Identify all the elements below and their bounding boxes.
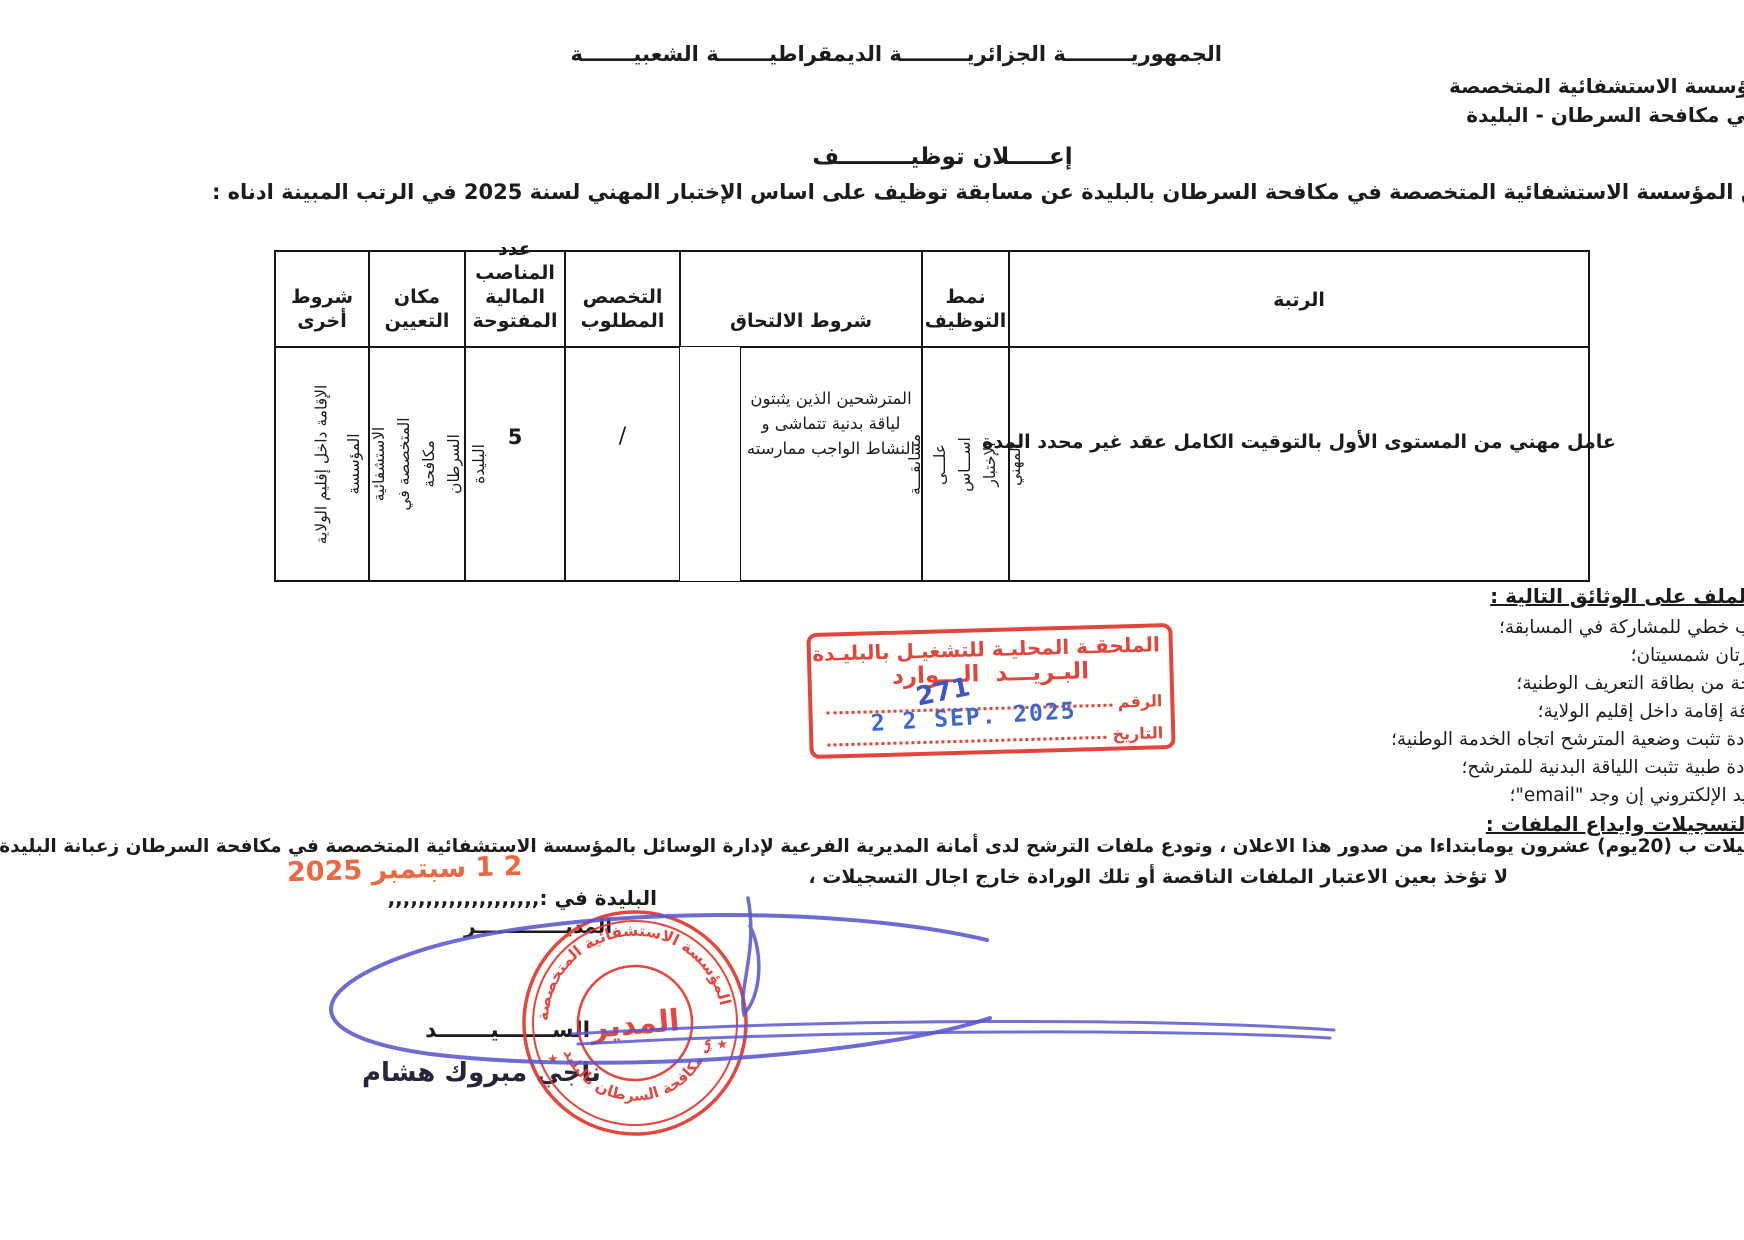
director-signature-ink [80,868,1180,1148]
dotted-line [635,736,914,747]
announcement-title: إعـــــلان توظيـــــــــف [598,144,903,170]
announcement-intro: تعلن المؤسسة الاستشفائية المتخصصة في مكا… [20,180,1596,204]
republic-title: الجمهوريـــــــــة الجزائريـــــــــة ال… [455,42,1030,66]
cell-rank: عامل مهني من المستوى الأول بالتوقيت الكا… [817,347,1397,581]
col-header-rank: الرتبة [817,251,1397,347]
document-item: صورتان شمسيتان؛ [950,642,1710,670]
col-header-location: مكان التعيين [177,251,273,347]
specialty-value: / [427,424,434,449]
deadline-paragraph-line2: لا تؤخذ بعين الاعتبار الملفات الناقصة أو… [616,866,1316,888]
stamp-center-text: المدير [395,1003,489,1046]
cell-location: المؤسسة الاستشفائية المتخصصة في مكافحة ا… [177,347,273,581]
stamp-number-label: الرقم [926,691,971,711]
incoming-mail-stamp: الملحقـة المحليـة للتشغيـل بالبليـدة الب… [614,623,983,759]
document-item: نسخة من بطاقة التعريف الوطنية؛ [950,670,1710,698]
other-conditions-value: الإقامة داخل إقليم الولاية [117,384,142,544]
stamp-star-right: ★ [524,1037,537,1053]
institution-name: المؤسسة الاستشفائية المتخصصة [1240,72,1602,101]
document-item: طلب خطي للمشاركة في المسابقة؛ [950,614,1710,642]
rank-value: عامل مهني من المستوى الأول بالتوقيت الكا… [790,431,1424,498]
required-documents-section: يجب ان يحتوي الملف على الوثائق التالية :… [950,584,1710,836]
cell-specialty: / [373,347,488,581]
scanned-document-page: الجمهوريـــــــــة الجزائريـــــــــة ال… [0,0,1744,1240]
col-header-join: شروط الالتحاق [488,251,730,347]
location-value: المؤسسة الاستشفائية المتخصصة في مكافحة ا… [150,417,300,511]
documents-heading: يجب ان يحتوي الملف على الوثائق التالية : [950,584,1710,614]
col-header-positions: عدد المناصب المالية المفتوحة [273,251,373,347]
col-header-other: شروط أخرى [83,251,177,347]
institution-header: المؤسسة الاستشفائية المتخصصة في مكافحة ا… [1240,72,1602,130]
director-round-stamp: المؤسسة الاستشفائية المتخصصة في مكافحة ا… [314,894,572,1152]
document-item: البريد الإلكتروني إن وجد "email"؛ [950,782,1710,810]
document-item: شهادة تثبت وضعية المترشح اتجاه الخدمة ال… [950,726,1710,754]
col-header-specialty: التخصص المطلوب [373,251,488,347]
red-date-stamp: 2 1 سبتمبر 2025 [95,851,331,888]
institution-location: في مكافحة السرطان - البليدة [1240,101,1602,130]
recruitment-table: الرتبة نمط التوظيف شروط الالتحاق التخصص … [82,250,1398,582]
col-header-mode: نمط التوظيف [730,251,817,347]
join-conditions-value: المترشحين الذين يثبتون لياقة بدنية تتماش… [549,386,729,461]
mode-value: مسابقـــة علـــى اســـاس الإختبار المهني [711,422,836,507]
cell-join: المترشحين الذين يثبتون لياقة بدنية تتماش… [548,347,730,581]
cell-mode: مسابقـــة علـــى اســـاس الإختبار المهني [730,347,817,581]
document-item: بطاقة إقامة داخل إقليم الولاية؛ [950,698,1710,726]
stamp-date-label: التاريخ [920,723,971,743]
positions-value: 5 [316,425,331,449]
document-item: شهادة طبية تثبت اللياقة البدنية للمترشح؛ [950,754,1710,782]
deadline-heading: تحدد أجال التسجيلات وايداع الملفات : [950,812,1710,836]
stamp-star-left: ★ [354,1052,367,1068]
